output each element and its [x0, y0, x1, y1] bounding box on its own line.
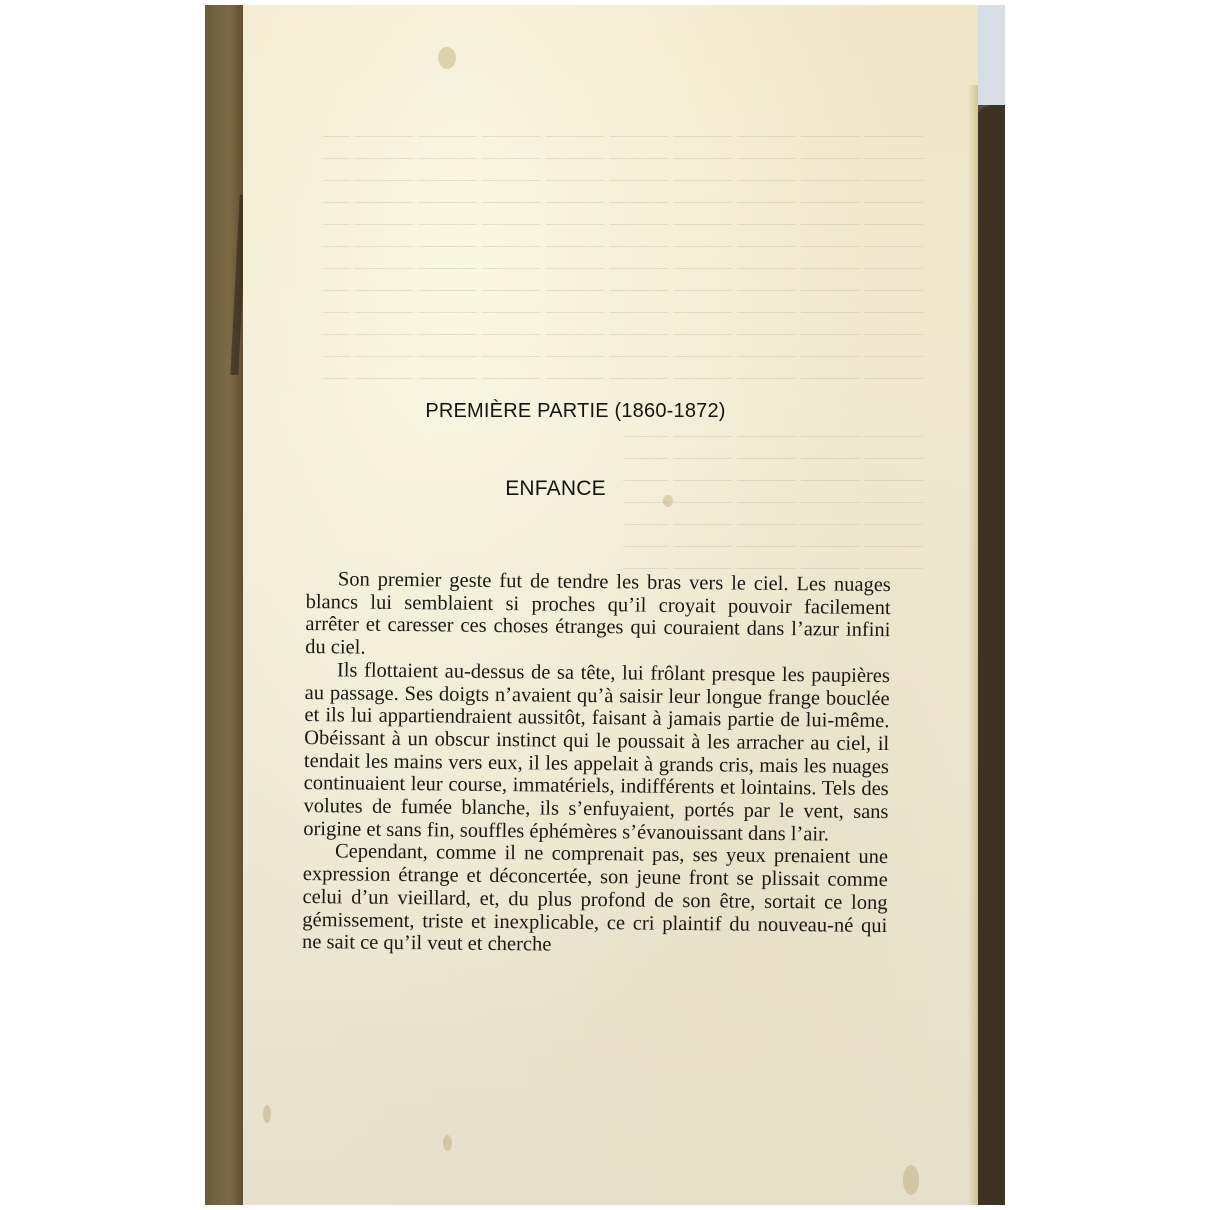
show-through-text: ——— ——— ——— ——— ——— ——— ——— ——— ——— ——— … — [323, 125, 923, 415]
paragraph: Cependant, comme il ne comprenait pas, s… — [302, 840, 888, 960]
paper-stain — [263, 1105, 271, 1123]
background-sky — [975, 5, 1005, 105]
paper-stain — [903, 1165, 919, 1195]
book-cover-left-edge — [205, 5, 245, 1205]
chapter-title: ENFANCE — [205, 477, 923, 501]
book-page: ——— ——— ——— ——— ——— ——— ——— ——— ——— ——— … — [243, 5, 978, 1205]
chapter-body: Son premier geste fut de tendre les bras… — [302, 568, 891, 960]
part-heading: PREMIÈRE PARTIE (1860-1872) — [208, 400, 943, 423]
paper-stain — [438, 47, 456, 69]
book-cover-right-edge — [975, 105, 1005, 1205]
show-through-text: ——— ——— ——— ——— ——— ——— ——— ——— ——— ——— … — [623, 425, 923, 595]
paper-stain — [443, 1135, 452, 1151]
paragraph: Ils flottaient au-dessus de sa tête, lui… — [303, 659, 890, 847]
book-photo: ——— ——— ——— ——— ——— ——— ——— ——— ——— ——— … — [205, 5, 1005, 1205]
paragraph: Son premier geste fut de tendre les bras… — [305, 568, 891, 665]
